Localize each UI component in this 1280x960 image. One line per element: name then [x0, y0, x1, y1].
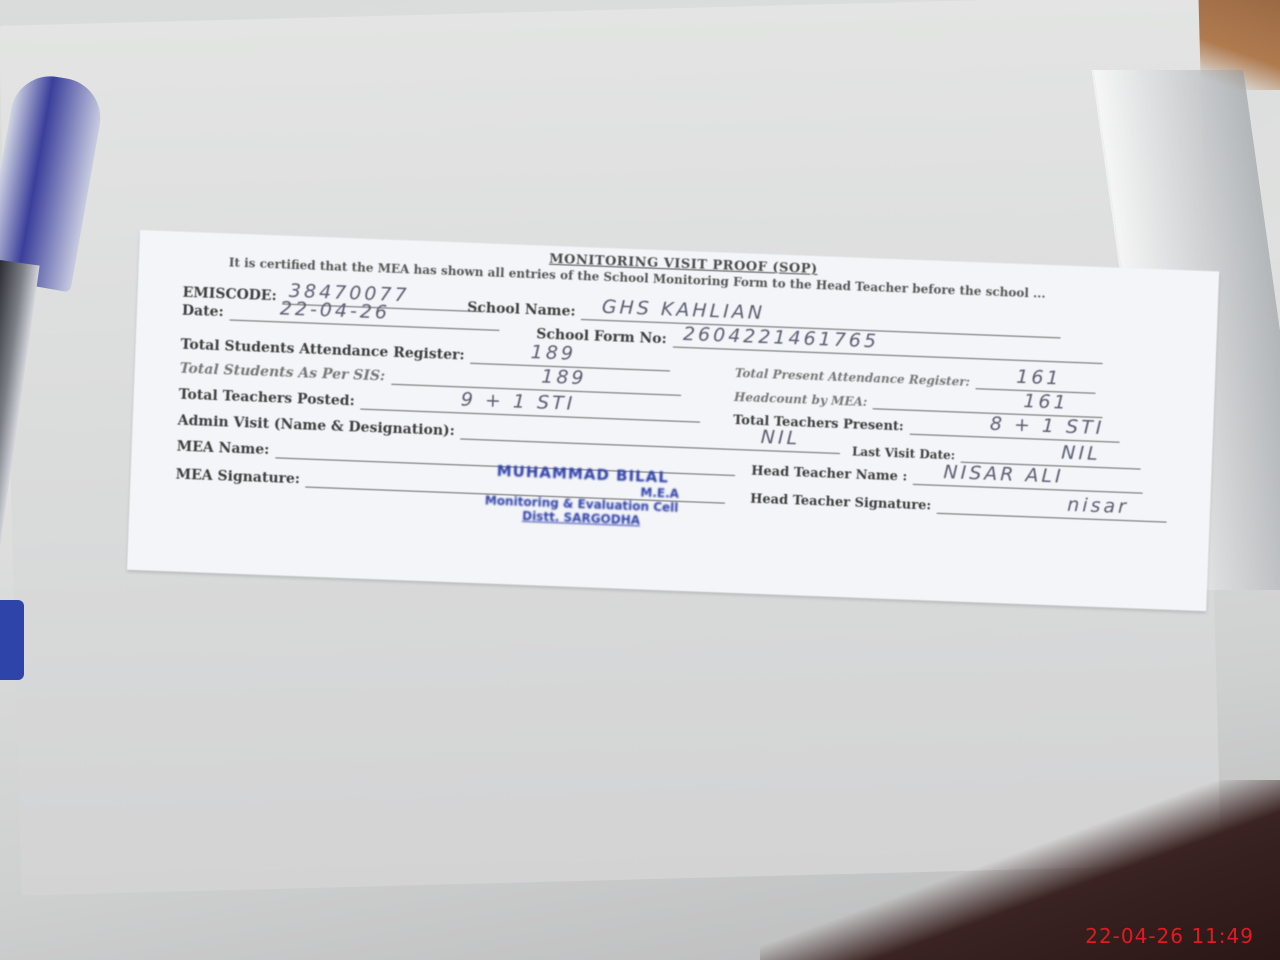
pen-barrel: [0, 260, 40, 592]
school-name-value: GHS KAHLIAN: [601, 296, 765, 324]
date-value: 22-04-26: [279, 297, 390, 323]
signature-scribble: nisar: [1067, 494, 1129, 518]
pen-cap: [0, 70, 107, 292]
mea-stamp: MUHAMMAD BILAL M.E.A Monitoring & Evalua…: [484, 461, 680, 528]
ballpoint-pen: [0, 60, 130, 660]
camera-timestamp: 22-04-26 11:49: [1085, 924, 1254, 948]
pen-end: [0, 600, 24, 680]
monitoring-visit-proof-form: MONITORING VISIT PROOF (SOP) It is certi…: [127, 230, 1219, 611]
